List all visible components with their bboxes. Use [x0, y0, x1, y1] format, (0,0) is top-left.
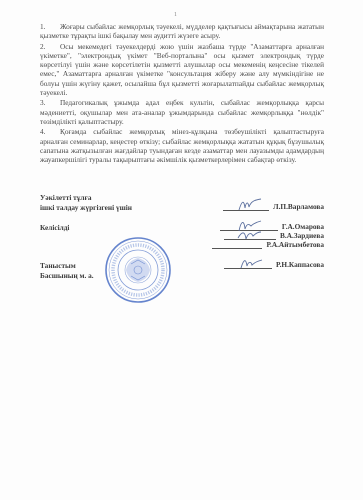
handwritten-signature-icon	[237, 198, 263, 212]
document-page: 1 1.Жоғары сыбайлас жемқорлық тәуекелі, …	[0, 0, 363, 500]
signature-line	[223, 202, 269, 211]
signature-row-varlamova: Л.П.Варламова	[223, 201, 324, 211]
responsible-label-line1: Уәкілетті тұлға	[40, 193, 132, 203]
paragraph-2: 2.Осы мекемедегі тәуекелдерді жою үшін ж…	[40, 42, 324, 98]
signature-row-kappasova: Р.Н.Каппасова	[224, 259, 324, 269]
signature-section: Уәкілетті тұлға ішкі талдау жүргізгені ү…	[40, 193, 324, 313]
acquainted-label: Таныстым Басшының м. а.	[40, 261, 94, 280]
signature-line	[224, 260, 272, 269]
signer-name: Л.П.Варламова	[273, 202, 324, 211]
paragraph-text: Осы мекемедегі тәуекелдерді жою үшін жаз…	[40, 42, 324, 97]
signature-row-aitymbetova: Р.А.Айтымбетова	[212, 239, 324, 249]
acquainted-label-line2: Басшының м. а.	[40, 271, 94, 281]
signer-name: Р.Н.Каппасова	[276, 260, 324, 269]
acquainted-label-line1: Таныстым	[40, 261, 94, 271]
official-stamp-icon	[104, 236, 172, 304]
signature-line	[212, 240, 262, 249]
paragraph-number: 1.	[40, 22, 60, 31]
agreed-label: Келісілді	[40, 223, 69, 233]
handwritten-signature-icon	[238, 256, 264, 270]
paragraph-number: 4.	[40, 127, 60, 136]
paragraph-3: 3.Педагогикалық ұжымда адал еңбек культі…	[40, 98, 324, 126]
responsible-label: Уәкілетті тұлға ішкі талдау жүргізгені ү…	[40, 193, 132, 212]
document-body: 1.Жоғары сыбайлас жемқорлық тәуекелі, мү…	[40, 22, 324, 165]
paragraph-text: Жоғары сыбайлас жемқорлық тәуекелі, мүдд…	[40, 22, 324, 40]
page-number-mark: 1	[174, 12, 177, 18]
paragraph-text: Қоғамда сыбайлас жемқорлық мінез-құлқына…	[40, 127, 324, 164]
paragraph-text: Педагогикалық ұжымда адал еңбек культін,…	[40, 98, 324, 126]
responsible-label-line2: ішкі талдау жүргізгені үшін	[40, 203, 132, 213]
paragraph-number: 3.	[40, 98, 60, 107]
signer-name: Р.А.Айтымбетова	[266, 240, 324, 249]
paragraph-4: 4.Қоғамда сыбайлас жемқорлық мінез-құлқы…	[40, 127, 324, 164]
paragraph-1: 1.Жоғары сыбайлас жемқорлық тәуекелі, мү…	[40, 22, 324, 41]
paragraph-number: 2.	[40, 42, 60, 51]
